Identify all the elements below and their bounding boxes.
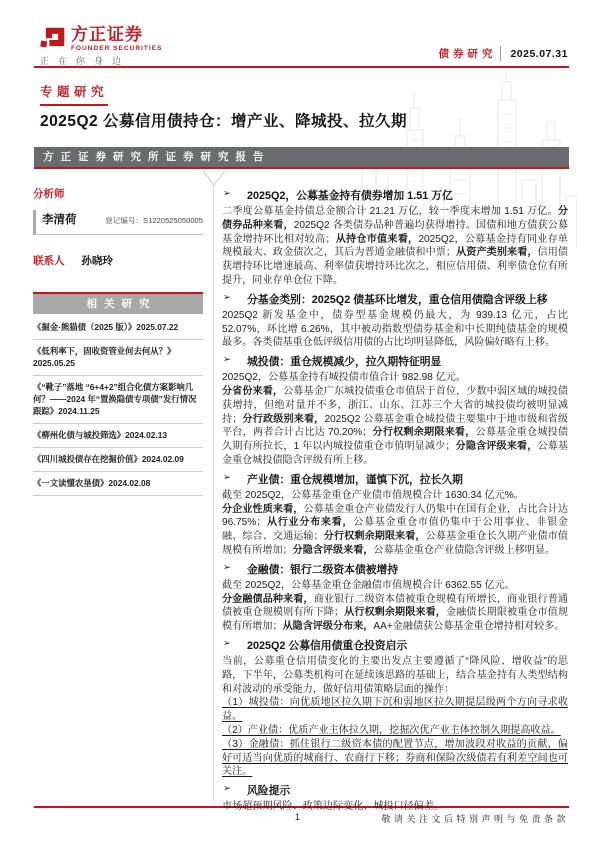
section-heading: ➢风险提示: [222, 783, 568, 798]
report-type-label: 专题研究: [40, 82, 108, 106]
section-paragraph: 分省份来看，公募基金广东城投债重仓市值居于首位，少数中弱区域的城投债获增持，但绝…: [222, 385, 568, 468]
bullet-arrow-icon: ➢: [222, 188, 247, 203]
report-date: 2025.07.31: [510, 48, 568, 60]
section-paragraph: 截至 2025Q2，公募基金重仓金融债市值规模合计 6362.55 亿元。: [222, 579, 568, 593]
bullet-arrow-icon: ➢: [222, 472, 247, 487]
section-heading: ➢城投债：重仓规模减少，拉久期特征明显: [222, 354, 568, 369]
report-category: 债券研究: [438, 46, 496, 61]
section-paragraph: 分金融债品种来看，商业银行二级资本债被重仓规模有所增长，商业银行普通债被重仓规模…: [222, 593, 568, 634]
brand-name-en: FOUNDER SECURITIES: [71, 45, 163, 52]
section-heading-text: 金融债：银行二级资本债被增持: [247, 562, 568, 577]
bullet-arrow-icon: ➢: [222, 354, 247, 369]
analyst-row: 李清荷 登记编号：S1220525050005: [33, 210, 203, 235]
related-research-item: 《柳州化债与城投筛选》2024.02.13: [33, 424, 203, 448]
bullet-arrow-icon: ➢: [222, 292, 247, 307]
related-research-header: 相关研究: [33, 292, 203, 314]
column-divider: [213, 185, 214, 802]
section-heading-text: 2025Q2，公募基金持有债券增加 1.51 万亿: [247, 188, 568, 203]
related-research-item: 《一文读懂农垦债》2024.02.08: [33, 472, 203, 496]
brand-block: 方正证券 FOUNDER SECURITIES: [38, 26, 163, 54]
brand-text: 方正证券 FOUNDER SECURITIES: [71, 26, 163, 52]
contact-label: 联系人: [33, 255, 65, 267]
section-paragraph: 当前，公募重仓信用债变化的主要出发点主要遵循了“降风险、增收益”的思路，下半年，…: [222, 655, 568, 696]
report-section: ➢风险提示市场超预期风险、政策边际变化、城投口径偏差。: [222, 783, 568, 814]
section-paragraph: （3）金融债：抓住银行二级资本债的配置节点，增加波段对收益的贡献，偏好可适当向优…: [222, 738, 568, 779]
related-research-item: 《掘金·熊猫债（2025 版）》2025.07.22: [33, 316, 203, 340]
report-section: ➢2025Q2，公募基金持有债券增加 1.51 万亿二季度公募基金持债总金额合计…: [222, 188, 568, 288]
bullet-arrow-icon: ➢: [222, 562, 247, 577]
section-paragraph: 2025Q2，公募基金持有城投债市值合计 982.98 亿元。: [222, 371, 568, 385]
header-meta: 债券研究 2025.07.31: [438, 46, 568, 61]
founder-logo-icon: [38, 26, 66, 54]
brand-name-cn: 方正证券: [71, 26, 163, 44]
header-rule: [34, 66, 569, 68]
report-type-text: 专题研究: [40, 82, 108, 106]
report-section: ➢金融债：银行二级资本债被增持截至 2025Q2，公募基金重仓金融债市值规模合计…: [222, 562, 568, 634]
footer-disclaimer: 敬请关注文后特别声明与免责条款: [381, 812, 569, 825]
section-paragraph: 截至 2025Q2，公募基金重仓产业债市值规模合计 1630.34 亿元%。: [222, 489, 568, 503]
section-heading: ➢2025Q2 公募信用债重仓投资启示: [222, 638, 568, 653]
section-heading: ➢2025Q2，公募基金持有债券增加 1.51 万亿: [222, 188, 568, 203]
report-title: 2025Q2 公募信用债持仓：增产业、降城投、拉久期: [40, 109, 407, 131]
section-heading-text: 城投债：重仓规模减少，拉久期特征明显: [247, 354, 568, 369]
analyst-label: 分析师: [33, 186, 203, 201]
section-paragraph: 分企业性质来看，公募基金重仓产业债发行人仍集中在国有企业，占比合计达 96.75…: [222, 503, 568, 558]
analyst-name: 李清荷: [42, 211, 77, 227]
section-heading-text: 产业债：重仓规模增加，谨慎下沉，拉长久期: [247, 472, 568, 487]
bullet-arrow-icon: ➢: [222, 638, 247, 653]
report-body: ➢2025Q2，公募基金持有债券增加 1.51 万亿二季度公募基金持债总金额合计…: [222, 184, 568, 814]
bullet-arrow-icon: ➢: [222, 783, 247, 798]
analyst-registration-number: 登记编号：S1220525050005: [105, 215, 203, 226]
contact-name: 孙晓玲: [81, 255, 113, 267]
section-heading: ➢分基金类别：2025Q2 债基环比增发，重仓信用债隐含评级上移: [222, 292, 568, 307]
related-research-item: 《“靴子”落地 “6+4+2”组合化债方案影响几何？——2024 年“置换隐债专…: [33, 376, 203, 424]
related-research-item: 《四川城投债存在挖掘价值》2024.02.09: [33, 448, 203, 472]
section-heading-text: 分基金类别：2025Q2 债基环比增发，重仓信用债隐含评级上移: [247, 292, 568, 307]
report-section: ➢2025Q2 公募信用债重仓投资启示当前，公募重仓信用债变化的主要出发点主要遵…: [222, 638, 568, 779]
related-research-list: 《掘金·熊猫债（2025 版）》2025.07.22《低利率下，固收资管业何去何…: [33, 316, 203, 496]
report-page: 方正证券 FOUNDER SECURITIES 正在你身边 债券研究 2025.…: [0, 0, 595, 841]
report-section: ➢城投债：重仓规模减少，拉久期特征明显2025Q2，公募基金持有城投债市值合计 …: [222, 354, 568, 468]
sidebar: 分析师 李清荷 登记编号：S1220525050005 联系人 孙晓玲 相关研究…: [33, 186, 203, 496]
section-paragraph: 市场超预期风险、政策边际变化、城投口径偏差。: [222, 800, 568, 814]
contact-row: 联系人 孙晓玲: [33, 253, 203, 268]
research-institute-bar: 方正证券研究所证券研究报告: [34, 147, 569, 169]
section-heading-text: 风险提示: [247, 783, 568, 798]
section-heading: ➢产业债：重仓规模增加，谨慎下沉，拉长久期: [222, 472, 568, 487]
section-paragraph: （2）产业债：优质产业主体拉久期，挖掘次优产业主体控制久期提高收益。: [222, 724, 568, 738]
section-paragraph: （1）城投债：向优质地区拉久期下沉和弱地区拉久期提层级两个方向寻求收益。: [222, 696, 568, 724]
section-heading-text: 2025Q2 公募信用债重仓投资启示: [247, 638, 568, 653]
header-divider: [500, 46, 501, 61]
related-research-item: 《低利率下，固收资管业何去何从？》2025.05.25: [33, 340, 203, 376]
report-section: ➢分基金类别：2025Q2 债基环比增发，重仓信用债隐含评级上移2025Q2 新…: [222, 292, 568, 350]
section-paragraph: 二季度公募基金持债总金额合计 21.21 万亿，较一季度末增加 1.51 万亿。…: [222, 205, 568, 288]
report-section: ➢产业债：重仓规模增加，谨慎下沉，拉长久期截至 2025Q2，公募基金重仓产业债…: [222, 472, 568, 558]
section-paragraph: 2025Q2 新发基金中，债券型基金规模仍最大，为 939.13 亿元，占比 5…: [222, 309, 568, 350]
section-heading: ➢金融债：银行二级资本债被增持: [222, 562, 568, 577]
